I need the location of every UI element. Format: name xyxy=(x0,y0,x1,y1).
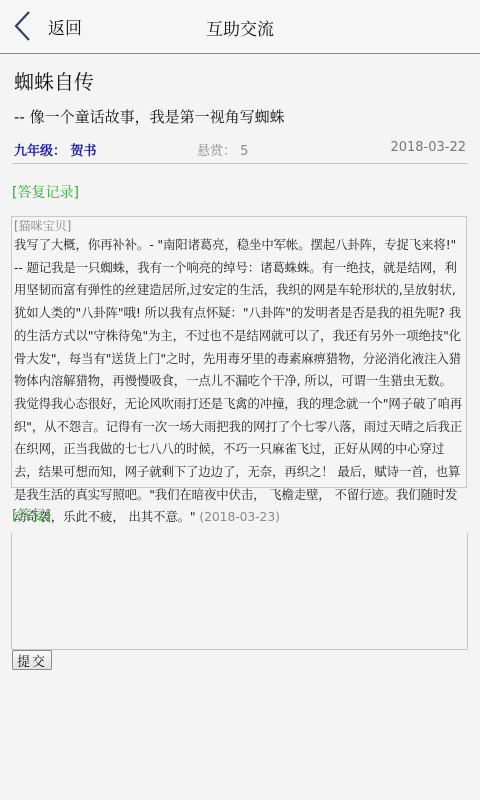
reply-record: [猫咪宝贝] 我写了大概，你再补补。- "南阳诸葛亮，稳坐中军帐。摆起八卦阵，专… xyxy=(11,216,467,488)
reply-records-label: [答复记录] xyxy=(12,182,79,202)
question-meta: 九年级： 贺书 悬赏： 5 2018-03-22 xyxy=(14,140,466,160)
reply-body: 我写了大概，你再补补。- "南阳诸葛亮，稳坐中军帐。摆起八卦阵，专捉飞来将!" … xyxy=(14,237,462,524)
reply-author: [猫咪宝贝] xyxy=(14,218,464,234)
answer-label: [答复] xyxy=(12,505,51,525)
top-bar: 返回 互助交流 xyxy=(0,0,480,54)
answer-input[interactable] xyxy=(11,533,468,650)
grade-author: 九年级： 贺书 xyxy=(14,140,97,159)
question-date: 2018-03-22 xyxy=(390,140,466,155)
submit-button[interactable]: 提交 xyxy=(12,650,52,670)
divider xyxy=(12,163,468,164)
question-title: 蜘蛛自传 xyxy=(14,66,94,95)
reply-date: (2018-03-23) xyxy=(199,509,279,524)
reward: 悬赏： 5 xyxy=(197,140,248,159)
question-subtitle: -- 像一个童话故事，我是第一视角写蜘蛛 xyxy=(14,106,285,127)
reply-text: 我写了大概，你再补补。- "南阳诸葛亮，稳坐中军帐。摆起八卦阵，专捉飞来将!" … xyxy=(14,234,464,529)
page-title: 互助交流 xyxy=(0,15,480,40)
